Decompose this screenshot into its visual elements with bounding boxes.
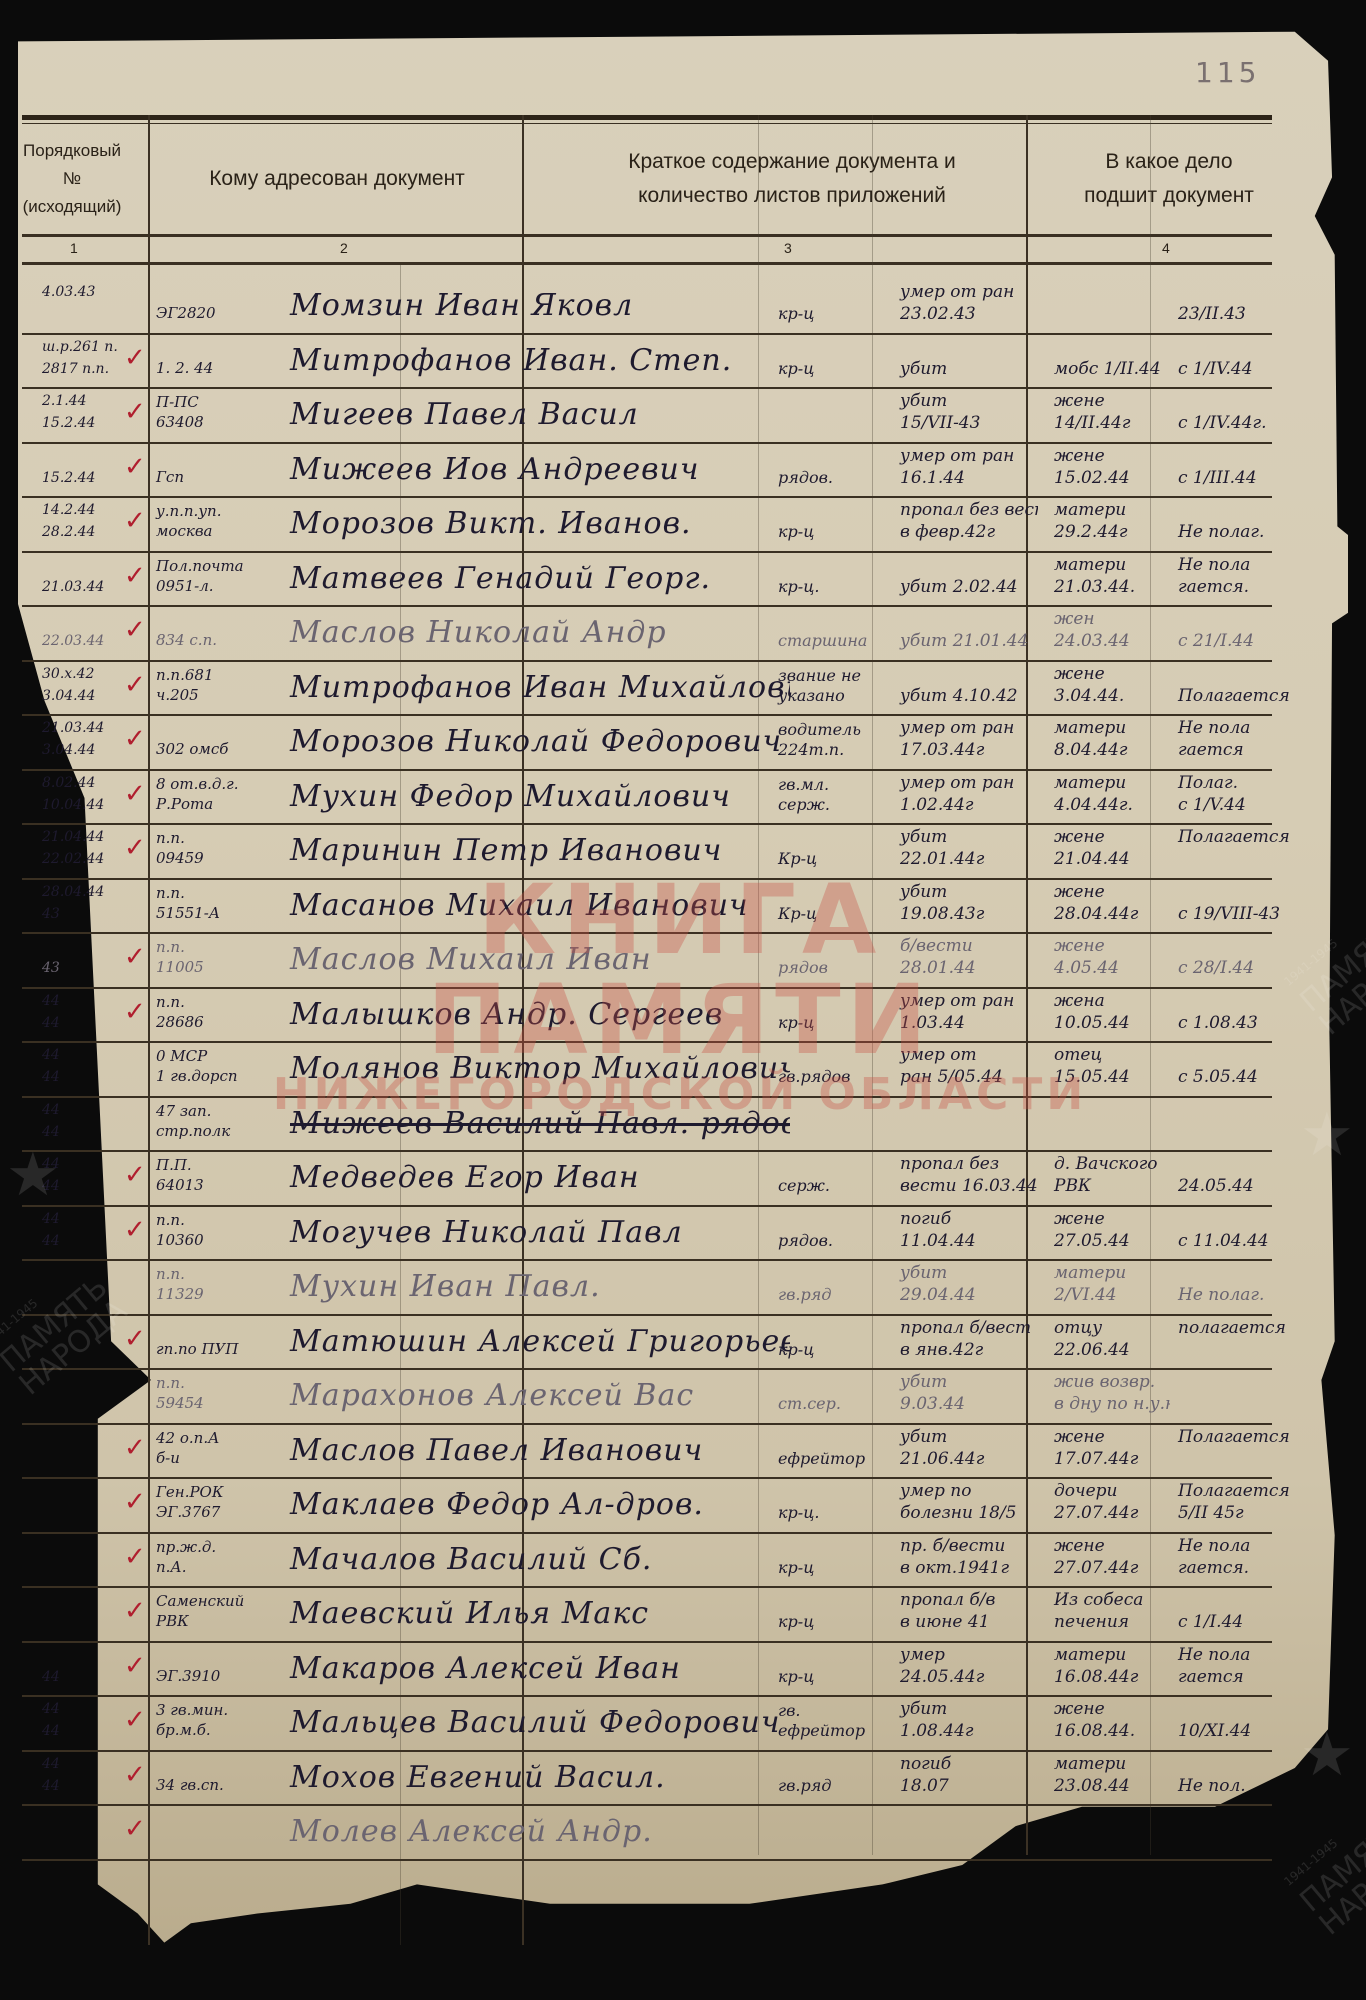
cell-num: 14.2.4428.2.44 (22, 498, 122, 551)
cell-num: 44 (22, 1643, 122, 1696)
table-row: Молев Алексей Андр.✓ (22, 1806, 1272, 1861)
cell-rank: гв.мл.серж. (774, 771, 884, 824)
cell-num: 4444 (22, 989, 122, 1042)
red-checkmark-icon: ✓ (124, 1651, 146, 1681)
cell-rank: кр-ц (774, 280, 884, 333)
header-num-2: 2 (340, 240, 348, 256)
cell-addressee-name: Молянов Виктор Михайлович (270, 1043, 790, 1096)
table-row: 4444п.п.10360рядов.погиб11.04.44жене27.0… (22, 1207, 1272, 1262)
cell-rank (774, 1098, 884, 1151)
red-checkmark-icon: ✓ (124, 615, 146, 645)
cell-addressee-name: Масанов Михаил Иванович (270, 880, 790, 933)
cell-addressee-name: Маслов Михаил Иван (270, 934, 790, 987)
cell-notice: жена10.05.44 (1044, 989, 1170, 1042)
cell-fate: убит (888, 335, 1038, 388)
cell-unit: 0 МСР1 гв.дорсп (150, 1043, 260, 1096)
cell-pension: Не полагается (1172, 716, 1292, 769)
cell-fate: умер отран 5/05.44 (888, 1043, 1038, 1096)
cell-num: 2.1.4415.2.44 (22, 389, 122, 442)
cell-unit: у.п.п.уп.москва (150, 498, 260, 551)
table-row: 15.2.44Гспрядов.умер от ран16.1.44жене15… (22, 444, 1272, 499)
red-checkmark-icon: ✓ (124, 1324, 146, 1354)
cell-unit: пр.ж.д.п.А. (150, 1534, 260, 1587)
cell-rank: Кр-ц (774, 825, 884, 878)
cell-pension: с 1/IV.44г. (1172, 389, 1292, 442)
cell-pension: с 11.04.44 (1172, 1207, 1292, 1260)
table-row: пр.ж.д.п.А.кр-цпр. б/вестив окт.1941гжен… (22, 1534, 1272, 1589)
cell-notice: матери8.04.44г (1044, 716, 1170, 769)
cell-pension: с 21/I.44 (1172, 607, 1292, 660)
cell-addressee-name: Матвеев Генадий Георг. (270, 553, 790, 606)
cell-addressee-name: Маевский Илья Макс (270, 1588, 790, 1641)
cell-addressee-name: Митрофанов Иван Михайлович (270, 662, 790, 715)
cell-unit: п.п.11329 (150, 1261, 260, 1314)
cell-addressee-name: Момзин Иван Яковл (270, 280, 790, 333)
cell-pension: Полагается (1172, 662, 1292, 715)
cell-unit: п.п.28686 (150, 989, 260, 1042)
cell-notice: дочери27.07.44г (1044, 1479, 1170, 1532)
cell-pension: Полагается (1172, 825, 1292, 878)
cell-addressee-name: Мохов Евгений Васил. (270, 1752, 790, 1805)
table-row: 4444П.П.64013серж.пропал безвести 16.03.… (22, 1152, 1272, 1207)
cell-fate: убит22.01.44г (888, 825, 1038, 878)
cell-fate: погиб11.04.44 (888, 1207, 1038, 1260)
table-row: 28.04.4443п.п.51551-АКр-цубит19.08.43гже… (22, 880, 1272, 935)
cell-pension: Полагается5/II 45г (1172, 1479, 1292, 1532)
cell-fate: пропал безвести 16.03.44 (888, 1152, 1038, 1205)
cell-addressee-name: Маслов Павел Иванович (270, 1425, 790, 1478)
cell-rank: кр-ц (774, 335, 884, 388)
cell-notice: Из собесапечения (1044, 1588, 1170, 1641)
cell-num (22, 1479, 122, 1532)
table-row: 42 о.п.Аб-иефрейторубит21.06.44гжене17.0… (22, 1425, 1272, 1480)
cell-pension: полагается (1172, 1316, 1292, 1369)
header-col-3: Краткое содержание документа и количеств… (552, 124, 1032, 234)
cell-addressee-name: Маринин Петр Иванович (270, 825, 790, 878)
cell-notice: матери23.08.44 (1044, 1752, 1170, 1805)
red-checkmark-icon: ✓ (124, 1433, 146, 1463)
cell-rank: кр-ц (774, 1643, 884, 1696)
cell-pension (1172, 1098, 1292, 1151)
cell-addressee-name: Малышков Андр. Сергеев (270, 989, 790, 1042)
cell-fate: убит1.08.44г (888, 1697, 1038, 1750)
cell-fate: убит 4.10.42 (888, 662, 1038, 715)
header-bottom-rule (22, 262, 1272, 265)
cell-num (22, 1261, 122, 1314)
cell-notice: матери21.03.44. (1044, 553, 1170, 606)
cell-notice: жене17.07.44г (1044, 1425, 1170, 1478)
cell-fate (888, 1098, 1038, 1151)
cell-unit: п.п.51551-А (150, 880, 260, 933)
table-row: 4.03.43ЭГ2820кр-цумер от ран23.02.4323/I… (22, 280, 1272, 335)
header-col-4: В какое дело подшит документ (1044, 124, 1294, 234)
cell-num (22, 1316, 122, 1369)
cell-fate: убит21.06.44г (888, 1425, 1038, 1478)
cell-rank: кр-ц (774, 1588, 884, 1641)
cell-fate: умер поболезни 18/5 (888, 1479, 1038, 1532)
table-row: 22.03.44834 с.п.старшинаубит 21.01.44жен… (22, 607, 1272, 662)
cell-rank: кр-ц. (774, 1479, 884, 1532)
cell-num: 28.04.4443 (22, 880, 122, 933)
red-checkmark-icon: ✓ (124, 452, 146, 482)
cell-pension: Не пол. (1172, 1752, 1292, 1805)
cell-notice: жене27.07.44г (1044, 1534, 1170, 1587)
cell-fate: убит15/VII-43 (888, 389, 1038, 442)
cell-unit (150, 1806, 260, 1859)
cell-unit: п.п.681ч.205 (150, 662, 260, 715)
cell-unit: п.п.59454 (150, 1370, 260, 1423)
cell-num: 21.03.44 (22, 553, 122, 606)
cell-rank: водитель224т.п. (774, 716, 884, 769)
table-row: 44443 гв.мин.бр.м.б.гв.ефрейторубит1.08.… (22, 1697, 1272, 1752)
table-row: 21.03.44Пол.почта0951-л.кр-ц.убит 2.02.4… (22, 553, 1272, 608)
cell-fate: умер от ран16.1.44 (888, 444, 1038, 497)
star-icon: ★ (6, 1140, 60, 1210)
cell-notice (1044, 1098, 1170, 1151)
cell-rank: звание неуказано (774, 662, 884, 715)
cell-pension: с 5.05.44 (1172, 1043, 1292, 1096)
cell-addressee-name: Марахонов Алексей Вас (270, 1370, 790, 1423)
cell-num: 43 (22, 934, 122, 987)
cell-num: 21.04.4422.02.44 (22, 825, 122, 878)
cell-fate: б/вести28.01.44 (888, 934, 1038, 987)
cell-rank (774, 1806, 884, 1859)
table-row: 43п.п.11005рядовб/вести28.01.44жене4.05.… (22, 934, 1272, 989)
cell-pension (1172, 1806, 1292, 1859)
table-row: гп.по ПУПкр-цпропал б/веств янв.42готцу2… (22, 1316, 1272, 1371)
red-checkmark-icon: ✓ (124, 561, 146, 591)
table-row: 444434 гв.сп.гв.рядпогиб18.07матери23.08… (22, 1752, 1272, 1807)
cell-unit: п.п.11005 (150, 934, 260, 987)
cell-unit: 47 зап.стр.полк (150, 1098, 260, 1151)
cell-rank: кр-ц (774, 498, 884, 551)
cell-unit: 34 гв.сп. (150, 1752, 260, 1805)
cell-notice: жене3.04.44. (1044, 662, 1170, 715)
cell-pension: с 28/I.44 (1172, 934, 1292, 987)
cell-pension: Полаг.с 1/V.44 (1172, 771, 1292, 824)
header-col-1: Порядковый № (исходящий) (22, 124, 122, 234)
cell-notice: жене21.04.44 (1044, 825, 1170, 878)
cell-addressee-name: Мачалов Василий Сб. (270, 1534, 790, 1587)
red-checkmark-icon: ✓ (124, 724, 146, 754)
cell-num: 4444 (22, 1752, 122, 1805)
cell-notice: жене14/II.44г (1044, 389, 1170, 442)
table-row: 44440 МСР1 гв.дорспгв.рядовумер отран 5/… (22, 1043, 1272, 1098)
cell-num (22, 1588, 122, 1641)
cell-unit: 834 с.п. (150, 607, 260, 660)
red-checkmark-icon: ✓ (124, 997, 146, 1027)
cell-unit: СаменскийРВК (150, 1588, 260, 1641)
cell-addressee-name: Мухин Федор Михайлович (270, 771, 790, 824)
page-number-stamp: 115 (1195, 56, 1260, 89)
cell-num (22, 1806, 122, 1859)
cell-fate: пропал без вестив февр.42г (888, 498, 1038, 551)
red-checkmark-icon: ✓ (124, 397, 146, 427)
red-checkmark-icon: ✓ (124, 1705, 146, 1735)
red-checkmark-icon: ✓ (124, 942, 146, 972)
cell-notice: отцу22.06.44 (1044, 1316, 1170, 1369)
red-checkmark-icon: ✓ (124, 670, 146, 700)
cell-rank (774, 389, 884, 442)
cell-fate: умер24.05.44г (888, 1643, 1038, 1696)
table-row: СаменскийРВКкр-цпропал б/вв июне 41Из со… (22, 1588, 1272, 1643)
red-checkmark-icon: ✓ (124, 343, 146, 373)
table-row: 2.1.4415.2.44П-ПС63408убит15/VII-43жене1… (22, 389, 1272, 444)
cell-pension: Не полагается (1172, 1643, 1292, 1696)
cell-addressee-name: Маклаев Федор Ал-дров. (270, 1479, 790, 1532)
cell-addressee-name: Мухин Иван Павл. (270, 1261, 790, 1314)
cell-pension: 23/II.43 (1172, 280, 1292, 333)
cell-notice: жене15.02.44 (1044, 444, 1170, 497)
table-row: п.п.59454ст.сер.убит9.03.44жив возвр.в д… (22, 1370, 1272, 1425)
cell-unit: Пол.почта0951-л. (150, 553, 260, 606)
red-checkmark-icon: ✓ (124, 1760, 146, 1790)
table-row: Ген.РОКЭГ.3767кр-ц.умер поболезни 18/5до… (22, 1479, 1272, 1534)
header-mid-rule (22, 234, 1272, 237)
cell-addressee-name: Макаров Алексей Иван (270, 1643, 790, 1696)
table-row: 21.04.4422.02.44п.п.09459Кр-цубит22.01.4… (22, 825, 1272, 880)
cell-notice: матери4.04.44г. (1044, 771, 1170, 824)
cell-pension: с 19/VIII-43 (1172, 880, 1292, 933)
cell-unit: П-ПС63408 (150, 389, 260, 442)
cell-num: 15.2.44 (22, 444, 122, 497)
cell-rank: гв.ряд (774, 1261, 884, 1314)
cell-unit: Ген.РОКЭГ.3767 (150, 1479, 260, 1532)
table-row: п.п.11329гв.рядубит29.04.44матери2/VI.44… (22, 1261, 1272, 1316)
cell-addressee-name: Маслов Николай Андр (270, 607, 790, 660)
cell-notice: жив возвр.в дну по н.у.н. (1044, 1370, 1170, 1423)
red-checkmark-icon: ✓ (124, 1542, 146, 1572)
cell-unit: Гсп (150, 444, 260, 497)
cell-unit: ЭГ2820 (150, 280, 260, 333)
cell-addressee-name: Мальцев Василий Федорович (270, 1697, 790, 1750)
cell-rank: ефрейтор (774, 1425, 884, 1478)
cell-rank: рядов (774, 934, 884, 987)
cell-pension: с 1/I.44 (1172, 1588, 1292, 1641)
cell-rank: старшина (774, 607, 884, 660)
cell-num (22, 1370, 122, 1423)
cell-num: ш.р.261 п.2817 п.п. (22, 335, 122, 388)
cell-num: 22.03.44 (22, 607, 122, 660)
cell-num: 4444 (22, 1697, 122, 1750)
header-top-rule (22, 115, 1272, 120)
cell-num: 4.03.43 (22, 280, 122, 333)
cell-fate: умер от ран1.02.44г (888, 771, 1038, 824)
cell-fate: умер от ран1.03.44 (888, 989, 1038, 1042)
cell-notice: жене4.05.44 (1044, 934, 1170, 987)
red-checkmark-icon: ✓ (124, 1215, 146, 1245)
cell-rank: гв.ефрейтор (774, 1697, 884, 1750)
cell-fate (888, 1806, 1038, 1859)
cell-notice: матери29.2.44г (1044, 498, 1170, 551)
cell-notice: матери16.08.44г (1044, 1643, 1170, 1696)
red-checkmark-icon: ✓ (124, 1160, 146, 1190)
cell-num: 8.02.4410.04.44 (22, 771, 122, 824)
header-num-4: 4 (1162, 240, 1170, 256)
cell-rank: Кр-ц (774, 880, 884, 933)
cell-rank: серж. (774, 1152, 884, 1205)
cell-rank: кр-ц (774, 1316, 884, 1369)
cell-fate: пр. б/вестив окт.1941г (888, 1534, 1038, 1587)
table-row: 8.02.4410.04.448 от.в.д.г.Р.Ротагв.мл.се… (22, 771, 1272, 826)
cell-notice: жене27.05.44 (1044, 1207, 1170, 1260)
cell-unit: п.п.10360 (150, 1207, 260, 1260)
cell-fate: убит19.08.43г (888, 880, 1038, 933)
cell-addressee-name: Матюшин Алексей Григорьев (270, 1316, 790, 1369)
cell-rank: кр-ц. (774, 553, 884, 606)
cell-addressee-name: Митрофанов Иван. Степ. (270, 335, 790, 388)
cell-unit: 3 гв.мин.бр.м.б. (150, 1697, 260, 1750)
cell-addressee-name: Молев Алексей Андр. (270, 1806, 790, 1859)
cell-notice: жен24.03.44 (1044, 607, 1170, 660)
cell-notice: отец15.05.44 (1044, 1043, 1170, 1096)
red-checkmark-icon: ✓ (124, 1487, 146, 1517)
cell-unit: 302 омсб (150, 716, 260, 769)
cell-num: 4444 (22, 1207, 122, 1260)
cell-fate: пропал б/веств янв.42г (888, 1316, 1038, 1369)
cell-addressee-name: Медведев Егор Иван (270, 1152, 790, 1205)
cell-notice (1044, 1806, 1170, 1859)
cell-notice: д. ВачскогоРВК (1044, 1152, 1170, 1205)
cell-unit: п.п.09459 (150, 825, 260, 878)
cell-addressee-name: Мижеев Василий Павл. рядов. (270, 1098, 790, 1151)
cell-num (22, 1425, 122, 1478)
cell-fate: умер от ран17.03.44г (888, 716, 1038, 769)
cell-unit: 42 о.п.Аб-и (150, 1425, 260, 1478)
cell-rank: гв.ряд (774, 1752, 884, 1805)
cell-pension: Не полаг. (1172, 1261, 1292, 1314)
cell-notice: матери2/VI.44 (1044, 1261, 1170, 1314)
red-checkmark-icon: ✓ (124, 506, 146, 536)
cell-rank: кр-ц (774, 989, 884, 1042)
cell-pension: Не полагается. (1172, 553, 1292, 606)
cell-unit: 8 от.в.д.г.Р.Рота (150, 771, 260, 824)
cell-unit: П.П.64013 (150, 1152, 260, 1205)
cell-pension: с 1/IV.44 (1172, 335, 1292, 388)
cell-num: 21.03.443.04.44 (22, 716, 122, 769)
table-row: 44ЭГ.3910кр-цумер24.05.44гматери16.08.44… (22, 1643, 1272, 1698)
cell-pension: с 1.08.43 (1172, 989, 1292, 1042)
cell-rank: рядов. (774, 1207, 884, 1260)
table-row: 444447 зап.стр.полкМижеев Василий Павл. … (22, 1098, 1272, 1153)
table-row: 30.х.423.04.44п.п.681ч.205звание неуказа… (22, 662, 1272, 717)
cell-num: 4444 (22, 1043, 122, 1096)
cell-pension: 10/XI.44 (1172, 1697, 1292, 1750)
cell-unit: 1. 2. 44 (150, 335, 260, 388)
cell-pension: с 1/III.44 (1172, 444, 1292, 497)
cell-unit: ЭГ.3910 (150, 1643, 260, 1696)
header-num-1: 1 (70, 240, 78, 256)
table-row: ш.р.261 п.2817 п.п.1. 2. 44кр-цубитмобс … (22, 335, 1272, 390)
cell-addressee-name: Морозов Николай Федорович (270, 716, 790, 769)
table-row: 4444п.п.28686кр-цумер от ран1.03.44жена1… (22, 989, 1272, 1044)
header-col-2: Кому адресован документ (132, 124, 542, 234)
table-row: 14.2.4428.2.44у.п.п.уп.москвакр-цпропал … (22, 498, 1272, 553)
cell-fate: умер от ран23.02.43 (888, 280, 1038, 333)
cell-fate: убит9.03.44 (888, 1370, 1038, 1423)
cell-unit: гп.по ПУП (150, 1316, 260, 1369)
cell-pension (1172, 1370, 1292, 1423)
red-checkmark-icon: ✓ (124, 833, 146, 863)
cell-addressee-name: Мигеев Павел Васил (270, 389, 790, 442)
cell-fate: пропал б/вв июне 41 (888, 1588, 1038, 1641)
cell-fate: убит 2.02.44 (888, 553, 1038, 606)
cell-rank: ст.сер. (774, 1370, 884, 1423)
red-checkmark-icon: ✓ (124, 1814, 146, 1844)
cell-notice: жене16.08.44. (1044, 1697, 1170, 1750)
red-checkmark-icon: ✓ (124, 1596, 146, 1626)
cell-fate: погиб18.07 (888, 1752, 1038, 1805)
cell-num (22, 1534, 122, 1587)
cell-notice: жене28.04.44г (1044, 880, 1170, 933)
cell-fate: убит29.04.44 (888, 1261, 1038, 1314)
cell-addressee-name: Мижеев Иов Андреевич (270, 444, 790, 497)
cell-addressee-name: Могучев Николай Павл (270, 1207, 790, 1260)
header-num-3: 3 (784, 240, 792, 256)
cell-pension: Не полагается. (1172, 1534, 1292, 1587)
cell-num: 30.х.423.04.44 (22, 662, 122, 715)
cell-pension: Полагается (1172, 1425, 1292, 1478)
star-icon: ★ (1300, 1720, 1354, 1790)
cell-pension: Не полаг. (1172, 498, 1292, 551)
register-rows: 4.03.43ЭГ2820кр-цумер от ран23.02.4323/I… (22, 280, 1272, 1861)
table-row: 21.03.443.04.44302 омсбводитель224т.п.ум… (22, 716, 1272, 771)
cell-addressee-name: Морозов Викт. Иванов. (270, 498, 790, 551)
star-icon: ★ (1300, 1100, 1354, 1170)
cell-notice (1044, 280, 1170, 333)
cell-pension: 24.05.44 (1172, 1152, 1292, 1205)
cell-rank: гв.рядов (774, 1043, 884, 1096)
red-checkmark-icon: ✓ (124, 779, 146, 809)
cell-fate: убит 21.01.44 (888, 607, 1038, 660)
cell-rank: рядов. (774, 444, 884, 497)
cell-notice: мобс 1/II.44 (1044, 335, 1170, 388)
table-header: Порядковый № (исходящий) Кому адресован … (22, 124, 1272, 264)
cell-rank: кр-ц (774, 1534, 884, 1587)
